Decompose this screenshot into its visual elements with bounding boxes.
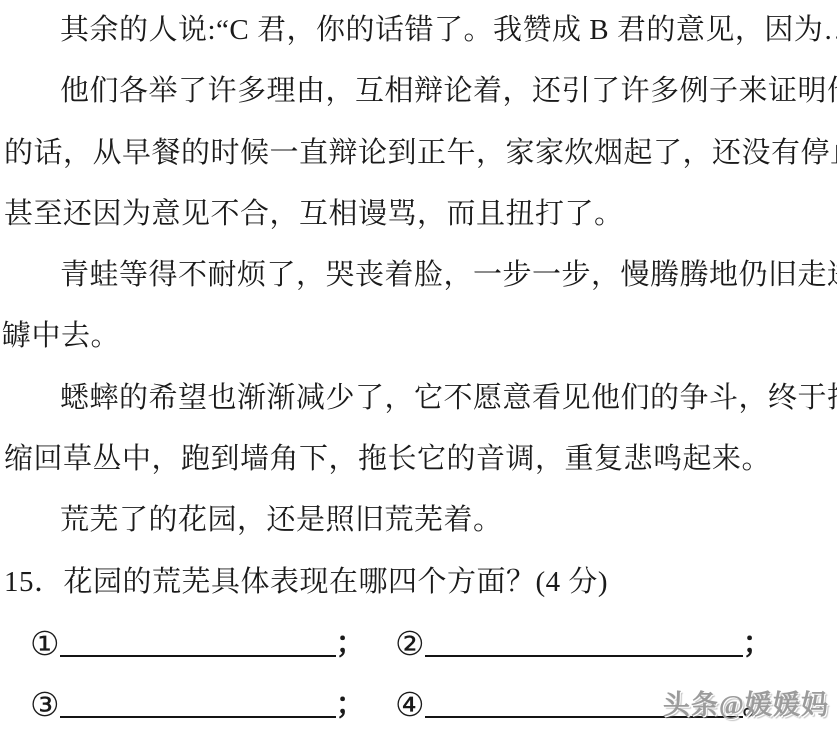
- answer-blank-line: [60, 716, 336, 718]
- answer-blank-3: ③；: [0, 674, 395, 735]
- question-line: 15．花园的荒芜具体表现在哪四个方面？(4 分): [0, 552, 837, 613]
- blank-suffix: ；: [336, 688, 366, 721]
- answer-blank-line: [60, 655, 336, 657]
- text-line: 甚至还因为意见不合，互相谩骂，而且扭打了。: [0, 184, 837, 245]
- answer-blank-line: [425, 655, 743, 657]
- circled-number-2: ②: [395, 627, 425, 663]
- text-line: 其余的人说:“C 君，你的话错了。我赞成 B 君的意见，因为……”: [0, 0, 837, 61]
- blank-suffix: 。: [743, 688, 773, 721]
- answer-blanks-row-2: ③； ④。: [0, 674, 837, 735]
- answer-blank-1: ①；: [0, 613, 395, 674]
- blank-suffix: ；: [336, 627, 366, 660]
- blank-suffix: ；: [743, 627, 773, 660]
- document-page: 其余的人说:“C 君，你的话错了。我赞成 B 君的意见，因为……” 他们各举了许…: [0, 0, 837, 738]
- text-line: 罅中去。: [0, 306, 837, 367]
- answer-blank-line: [425, 716, 743, 718]
- answer-blank-2: ②；: [395, 613, 837, 674]
- text-line: 蟋蟀的希望也渐渐减少了，它不愿意看见他们的争斗，终于把头: [0, 368, 837, 429]
- circled-number-3: ③: [30, 688, 60, 724]
- text-line: 缩回草丛中，跑到墙角下，拖长它的音调，重复悲鸣起来。: [0, 429, 837, 490]
- text-line: 他们各举了许多理由，互相辩论着，还引了许多例子来证明他们: [0, 61, 837, 122]
- text-line: 荒芜了的花园，还是照旧荒芜着。: [0, 490, 837, 551]
- circled-number-1: ①: [30, 627, 60, 663]
- answer-blanks-row-1: ①； ②；: [0, 613, 837, 674]
- answer-blank-4: ④。: [395, 674, 837, 735]
- text-line: 的话，从早餐的时候一直辩论到正午，家家炊烟起了，还没有停止，: [0, 123, 837, 184]
- circled-number-4: ④: [395, 688, 425, 724]
- text-line: 青蛙等得不耐烦了，哭丧着脸，一步一步，慢腾腾地仍旧走进石: [0, 245, 837, 306]
